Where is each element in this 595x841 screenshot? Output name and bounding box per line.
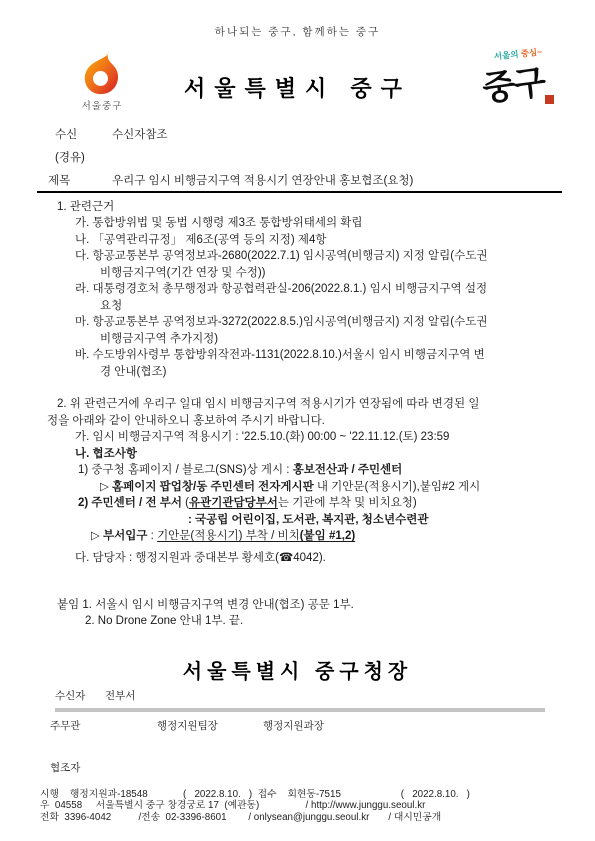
logo-calligraphy-text: 중구 — [479, 54, 546, 110]
jung-gu-calligraphy-logo: 서울의 중심~ 중구 — [468, 48, 568, 107]
header-slogan: 하나되는 중구, 함께하는 중구 — [0, 24, 595, 39]
subject-divider-rule — [37, 191, 562, 193]
footer-recipient-value: 전부서 — [105, 690, 135, 702]
coop-item2-bold: 주민센터 / 전 부서 — [91, 497, 185, 509]
related-item-da-line2: 비행금지구역(기간 연장 및 수정)) — [47, 265, 559, 281]
coop-item2-sub: ▷ 부서입구 : 기안문(적용시기) 부착 / 비치(붙임 #1,2) — [47, 528, 559, 544]
approver-jumugwan: 주무관 — [50, 718, 80, 733]
coop-entrance-underlined: 기안문(적용시기) 부착 / 비치 — [157, 530, 300, 542]
footer-divider-bar — [55, 708, 545, 712]
recipient-label: 수신 — [55, 126, 112, 142]
apply-period-line: 가. 임시 비행금지구역 적용시기 : '22.5.10.(화) 00:00 ~… — [47, 429, 559, 445]
document-body: 1. 관련근거 가. 통합방위법 및 동법 시행령 제3조 통합방위태세의 확립… — [47, 199, 559, 630]
triangle-bullet-icon: ▷ — [100, 481, 112, 493]
footer-recipient-row: 수신자전부서 — [55, 688, 135, 703]
coop-item1-sub-bold: 홈페이지 팝업창/동 주민센터 전자게시판 — [112, 481, 314, 493]
coop-item2-rest: 는 기관에 부착 및 비치요청) — [278, 497, 417, 509]
seal-stamp-icon — [545, 95, 554, 104]
recipient-row: 수신수신자참조 — [55, 126, 168, 142]
approver-division-head: 행정지원과장 — [263, 718, 324, 733]
coop-entrance-bold: 부서입구 — [103, 530, 147, 542]
triangle-bullet-icon: ▷ — [91, 530, 103, 542]
related-item-ga: 가. 통합방위법 및 동법 시행령 제3조 통합방위태세의 확립 — [47, 215, 559, 231]
section2-paragraph-line2: 정을 아래와 같이 안내하오니 홍보하여 주시기 바랍니다. — [47, 413, 559, 429]
coop-item1-sub-rest: 내 기안문(적용시기),붙임#2 게시 — [314, 481, 481, 493]
related-item-ba-line1: 바. 수도방위사령부 통합방위작전과-1131(2022.8.10.)서울시 임… — [47, 347, 559, 363]
spacer — [47, 380, 559, 396]
related-item-na: 나. 「공역관리규정」 제6조(공역 등의 지정) 제4항 — [47, 232, 559, 248]
coop-item1-text: 1) 중구청 홈페이지 / 블로그(SNS)상 게시 : — [78, 464, 293, 476]
related-item-ra-line2: 요청 — [47, 298, 559, 314]
coop-item2-num: 2) — [78, 497, 91, 509]
coop-item2: 2) 주민센터 / 전 부서 (유관기관담당부서는 기관에 부착 및 비치요청) — [47, 495, 559, 511]
footer-recipient-label: 수신자 — [55, 688, 105, 703]
related-item-ma-line1: 마. 항공교통본부 공역정보과-3272(2022.8.5.)임시공역(비행금지… — [47, 314, 559, 330]
approver-team-leader: 행정지원팀장 — [157, 718, 218, 733]
spacer — [47, 566, 559, 597]
coop-item1-depts: 홍보전산과 / 주민센터 — [293, 464, 403, 476]
via-row: (경유) — [55, 149, 85, 165]
coop-item2-underlined: 유관기관담당부서 — [189, 497, 278, 509]
footer-cooperator-label: 협조자 — [50, 760, 80, 775]
section1-title: 1. 관련근거 — [47, 199, 559, 215]
official-document-page: 하나되는 중구, 함께하는 중구 서울중구 서울특별시 중구 서울의 중심~ 중… — [0, 0, 595, 841]
coop-section-title: 나. 협조사항 — [47, 446, 559, 462]
contact-person-line: 다. 담당자 : 행정지원과 중대본부 황세호(☎4042). — [47, 550, 559, 566]
footer-address-line: 우 04558 서울특별시 중구 창경궁로 17 (예관동) / http://… — [40, 800, 470, 811]
coop-entrance-attach-ref: (붙임 #1,2) — [300, 530, 355, 542]
related-item-ba-line2: 경 안내(협조) — [47, 364, 559, 380]
coop-entrance-colon: : — [147, 530, 157, 542]
subject-value: 우리구 임시 비행금지구역 적용시기 연장안내 홍보협조(요청) — [112, 175, 413, 187]
related-item-da-line1: 다. 항공교통본부 공역정보과-2680(2022.7.1) 임시공역(비행금지… — [47, 248, 559, 264]
subject-label: 제목 — [48, 172, 112, 188]
section2-paragraph-line1: 2. 위 관련근거에 우리구 일대 임시 비행금지구역 적용시기가 연장됨에 따… — [47, 396, 559, 412]
footer-dispatch-line: 시행 행정지원과-18548 ( 2022.8.10. ) 접수 회현동-751… — [40, 789, 470, 800]
attachment-line2: 2. No Drone Zone 안내 1부. 끝. — [47, 613, 559, 629]
signature-title: 서울특별시 중구청장 — [0, 655, 595, 684]
attachment-line1: 붙임 1. 서울시 임시 비행금지구역 변경 안내(협조) 공문 1부. — [47, 597, 559, 613]
coop-item1-sub: ▷ 홈페이지 팝업창/동 주민센터 전자게시판 내 기안문(적용시기),붙임#2… — [47, 479, 559, 495]
subject-row: 제목우리구 임시 비행금지구역 적용시기 연장안내 홍보협조(요청) — [48, 172, 413, 188]
recipient-value: 수신자참조 — [112, 129, 168, 141]
related-item-ra-line1: 라. 대통령경호처 총무행정과 항공협력관실-206(2022.8.1.) 임시… — [47, 281, 559, 297]
coop-item2-institutions: : 국공립 어린이집, 도서관, 복지관, 청소년수련관 — [47, 512, 559, 528]
footer-info-block: 시행 행정지원과-18548 ( 2022.8.10. ) 접수 회현동-751… — [40, 789, 470, 823]
related-item-ma-line2: 비행금지구역 추가지정) — [47, 331, 559, 347]
footer-contact-line: 전화 3396-4042 /전송 02-3396-8601 / onlysean… — [40, 812, 470, 823]
coop-item1: 1) 중구청 홈페이지 / 블로그(SNS)상 게시 : 홍보전산과 / 주민센… — [47, 462, 559, 478]
